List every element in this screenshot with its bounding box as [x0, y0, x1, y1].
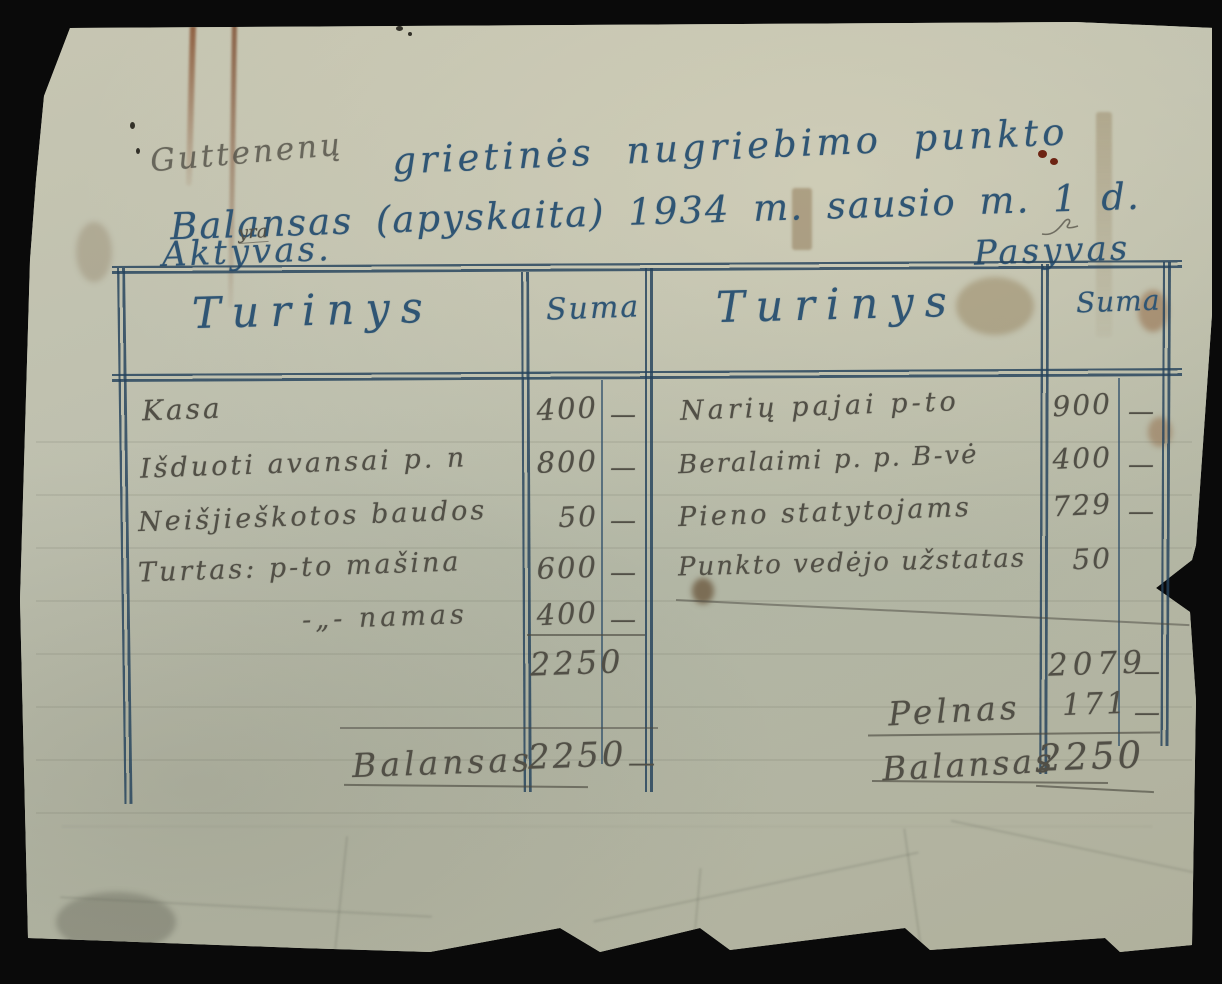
scan-background: { "colors":{"ink_line":"#24425c","ink_te… [0, 0, 1222, 984]
row-item: Turtas: p-to mašina [138, 548, 462, 586]
title-line1: grietinės nugriebimo punkto [392, 113, 1070, 179]
row-cents: — [610, 607, 636, 633]
profit-amount: 171 [1061, 689, 1128, 721]
row-amount: 400 [1044, 444, 1113, 474]
pencil-rule-left-long [340, 727, 658, 729]
subtotal-cents-right: — [1134, 659, 1160, 685]
table-border-right [1160, 262, 1171, 746]
row-item: Narių pajai p-to [680, 388, 961, 425]
pencil-subtotal-rule-left [527, 634, 645, 636]
row-amount: 729 [1043, 490, 1112, 522]
column-header-item-right: Turinys [715, 281, 958, 330]
balance-amount-left: 2250 [527, 737, 627, 774]
profit-cents: — [1134, 700, 1160, 726]
row-amount: 800 [528, 447, 599, 478]
row-cents: — [1128, 499, 1154, 525]
column-header-amount-right: Suma [1076, 287, 1161, 318]
row-cents: — [610, 508, 636, 534]
title-place-pencil: Guttenenų [149, 130, 344, 178]
table-divider-center [645, 268, 653, 792]
pencil-balance-amount-underline-right [1036, 785, 1154, 793]
row-cents: — [1128, 399, 1154, 425]
row-amount: 50 [1044, 545, 1113, 575]
balance-amount-right: 2250 [1037, 736, 1144, 777]
profit-label: Pelnas [887, 691, 1021, 731]
row-item: Beralaimi p. p. B-vė [678, 442, 979, 478]
row-item: -„- namas [302, 601, 469, 634]
balance-cents-left: — [628, 750, 655, 777]
balance-label-left: Balansas [351, 743, 533, 782]
row-amount: 900 [1043, 390, 1112, 422]
balance-label-right: Balansas [881, 743, 1055, 785]
row-amount: 600 [528, 553, 599, 584]
row-cents: — [610, 402, 636, 428]
row-amount: 400 [527, 393, 598, 426]
table-cents-rule-left [601, 380, 603, 764]
row-item: Neišjieškotos baudos [138, 497, 488, 536]
document-content: Guttenenų grietinės nugriebimo punkto Ba… [0, 0, 1222, 984]
row-item: Pieno statytojams [678, 494, 973, 531]
ink-dot [1050, 158, 1058, 165]
row-item: Kasa [142, 395, 224, 426]
subtotal-left: 2250 [529, 645, 623, 680]
row-item: Išduoti avansai p. n [140, 444, 468, 482]
row-amount: 400 [527, 598, 598, 631]
table-border-left [117, 268, 132, 804]
row-cents: — [1128, 452, 1154, 478]
row-cents: — [610, 455, 636, 481]
row-amount: 50 [528, 503, 599, 533]
column-header-item-left: Turinys [191, 287, 434, 336]
subtotal-right: 2079 [1047, 647, 1147, 681]
row-cents: — [610, 560, 636, 586]
ink-dot [1038, 150, 1047, 158]
row-item: Punkto vedėjo užstatas [678, 545, 1027, 580]
column-header-amount-left: Suma [546, 292, 641, 325]
pencil-rule-right-long [676, 599, 1189, 626]
pencil-balance-underline-left [344, 784, 588, 788]
